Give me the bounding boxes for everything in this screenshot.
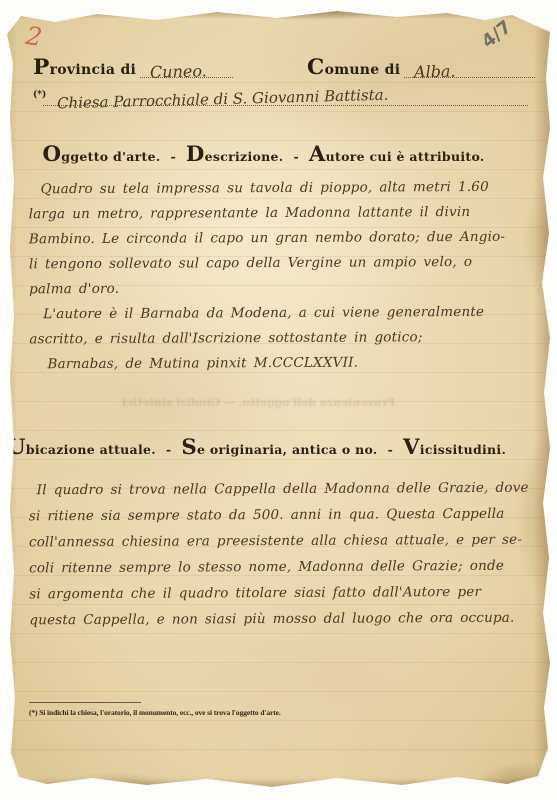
description-line: larga un metro, rappresentante la Madonn… — [29, 200, 532, 228]
comune-field: Alba. — [404, 58, 535, 78]
subject-value: Chiesa Parrocchiale di S. Giovanni Batti… — [57, 86, 389, 113]
location-paragraph: Il quadro si trova nella Cappella della … — [29, 475, 533, 634]
pencil-page-number: 4/7 — [478, 16, 516, 52]
provincia-field: Cuneo. — [140, 58, 233, 78]
heading-autore: Autore cui è attribuito. — [309, 149, 485, 164]
description-line: Bambino. Le circonda il capo un gran nem… — [29, 225, 532, 253]
heading-ubicazione: Ubicazione attuale. — [7, 442, 156, 457]
location-line: si argomenta che il quadro titolare sias… — [29, 579, 532, 608]
location-line: questa Cappella, e non siasi più mosso d… — [29, 605, 532, 634]
scanned-document-page: 2 4/7 Provincia di Cuneo. Comune di Alba… — [0, 0, 557, 800]
heading-separator: - — [166, 442, 171, 457]
heading-se-originaria: Se originaria, antica o no. — [181, 442, 377, 457]
location-line: si ritiene sia sempre stato da 500. anni… — [29, 501, 532, 530]
footnote-divider — [29, 702, 141, 703]
comune-row: Comune di Alba. — [307, 58, 535, 78]
description-line: Quadro su tela impressa su tavola di pio… — [28, 175, 531, 203]
heading-vicissitudini: Vicissitudini. — [403, 442, 506, 457]
provincia-label: Provincia di — [33, 60, 136, 78]
bleed-through-text: Provenienza dell'oggetto. — Giudizi sint… — [7, 396, 510, 409]
description-line: Barnabas, de Mutina pinxit M.CCCLXXVII. — [29, 350, 532, 378]
section-location-heading: Ubicazione attuale. - Se originaria, ant… — [7, 439, 490, 458]
location-line: Il quadro si trova nella Cappella della … — [29, 475, 532, 504]
provincia-value: Cuneo. — [150, 61, 207, 81]
description-line: li tengono sollevato sul capo della Verg… — [29, 250, 532, 278]
comune-value: Alba. — [414, 61, 456, 81]
location-line: coli ritenne sempre lo stesso nome, Mado… — [29, 553, 532, 582]
provincia-row: Provincia di Cuneo. — [33, 58, 233, 78]
subject-field: Chiesa Parrocchiale di S. Giovanni Batti… — [43, 84, 528, 106]
footnote-text: (*) Si indichi la chiesa, l'oratorio, il… — [29, 708, 281, 717]
location-line: coll'annessa chiesina era preesistente a… — [29, 527, 532, 556]
section-description-heading: Oggetto d'arte. - Descrizione. - Autore … — [7, 146, 520, 165]
paper-sheet: 2 4/7 Provincia di Cuneo. Comune di Alba… — [7, 8, 550, 790]
heading-separator: - — [388, 442, 393, 457]
heading-separator: - — [294, 149, 299, 164]
description-line: L'autore è il Barnaba da Modena, a cui v… — [29, 300, 532, 328]
heading-descrizione: Descrizione. — [186, 149, 284, 164]
red-page-number: 2 — [24, 21, 44, 52]
comune-label: Comune di — [307, 60, 400, 78]
heading-oggetto-darte: Oggetto d'arte. — [42, 149, 160, 164]
heading-separator: - — [171, 149, 176, 164]
description-line: ascritto, e risulta dall'Iscrizione sott… — [29, 325, 532, 353]
description-paragraph: Quadro su tela impressa su tavola di pio… — [28, 175, 532, 378]
description-line: palma d'oro. — [29, 275, 532, 303]
